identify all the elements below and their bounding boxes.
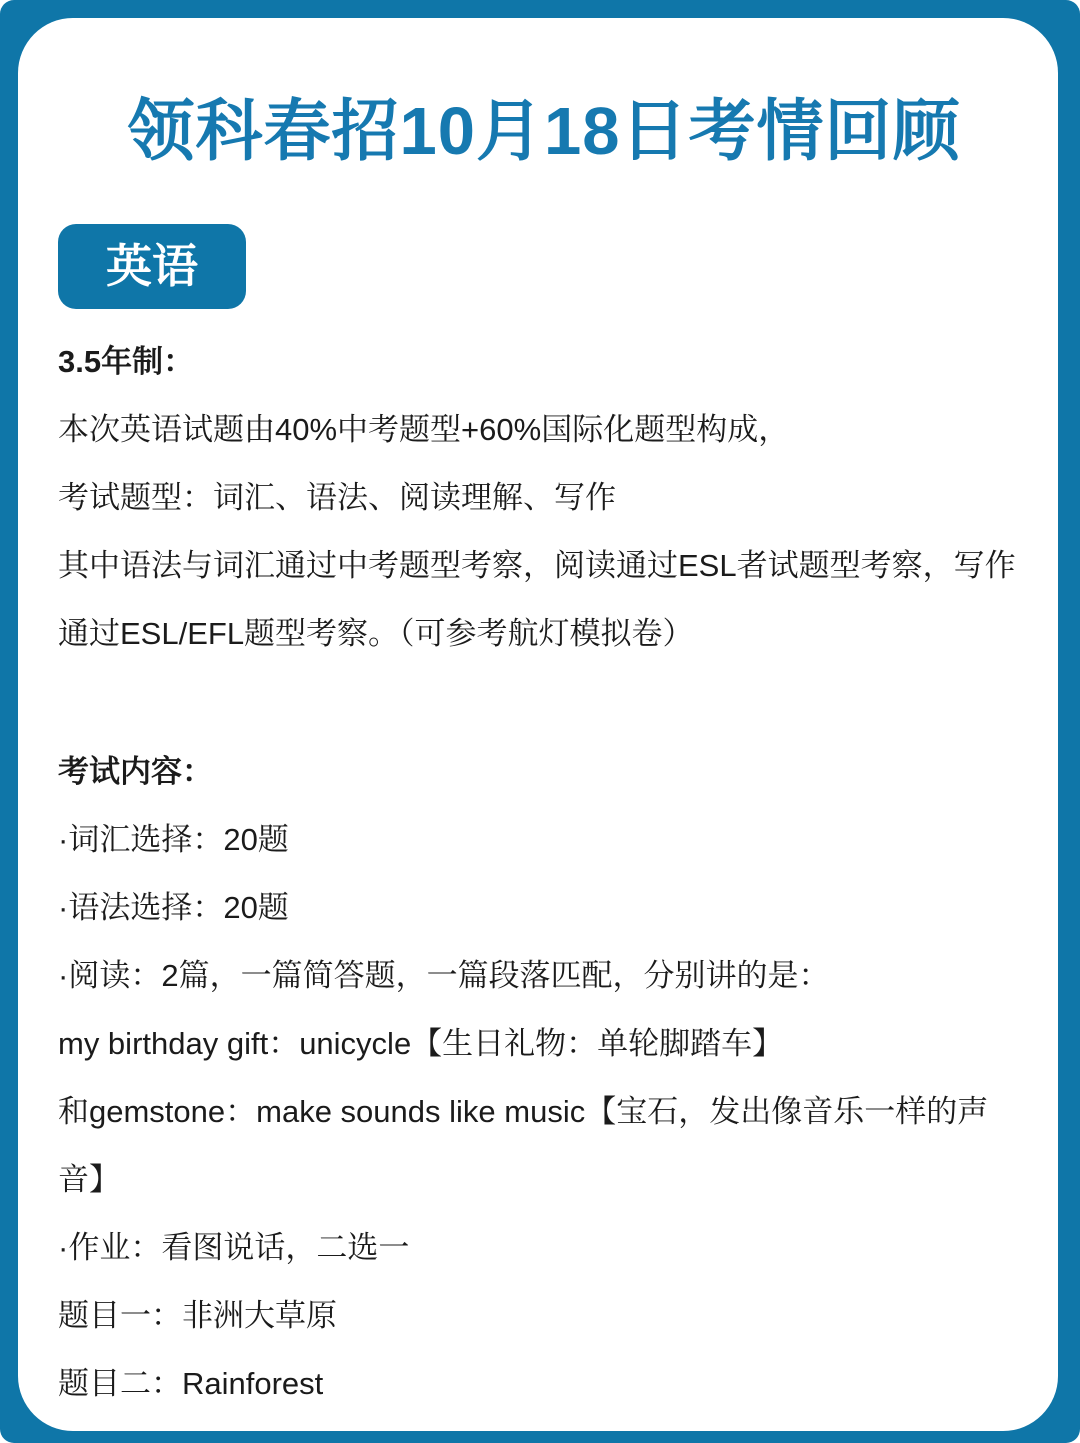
content-card: 领科春招10月18日考情回顾 英语 3.5年制： 本次英语试题由40%中考题型+… [18, 18, 1058, 1431]
poster-background: 领科春招10月18日考情回顾 英语 3.5年制： 本次英语试题由40%中考题型+… [0, 0, 1080, 1443]
list-item-homework: ·作业：看图说话，二选一 [58, 1214, 1030, 1282]
line-reading-passage-1: my birthday gift：unicycle【生日礼物：单轮脚踏车】 [58, 1010, 1030, 1078]
paragraph-exam-question-types: 考试题型：词汇、语法、阅读理解、写作 [58, 464, 1030, 532]
line-homework-topic-2: 题目二：Rainforest [58, 1350, 1030, 1418]
line-homework-topic-1: 题目一：非洲大草原 [58, 1282, 1030, 1350]
subject-badge: 英语 [58, 224, 246, 309]
line-reading-passage-2: 和gemstone：make sounds like music【宝石，发出像音… [58, 1078, 1030, 1214]
section-heading-3-5-year-program: 3.5年制： [58, 328, 1030, 396]
page-title: 领科春招10月18日考情回顾 [58, 90, 1030, 174]
paragraph-exam-composition: 本次英语试题由40%中考题型+60%国际化题型构成， [58, 396, 1030, 464]
subject-badge-label: 英语 [106, 240, 198, 292]
body-text: 3.5年制： 本次英语试题由40%中考题型+60%国际化题型构成， 考试题型：词… [58, 328, 1030, 1418]
list-item-vocabulary-choice: ·词汇选择：20题 [58, 806, 1030, 874]
list-item-reading: ·阅读：2篇，一篇简答题，一篇段落匹配，分别讲的是： [58, 942, 1030, 1010]
section-heading-exam-content: 考试内容： [58, 738, 1030, 806]
paragraph-exam-assessment-detail: 其中语法与词汇通过中考题型考察，阅读通过ESL者试题型考察，写作通过ESL/EF… [58, 532, 1030, 668]
list-item-grammar-choice: ·语法选择：20题 [58, 874, 1030, 942]
